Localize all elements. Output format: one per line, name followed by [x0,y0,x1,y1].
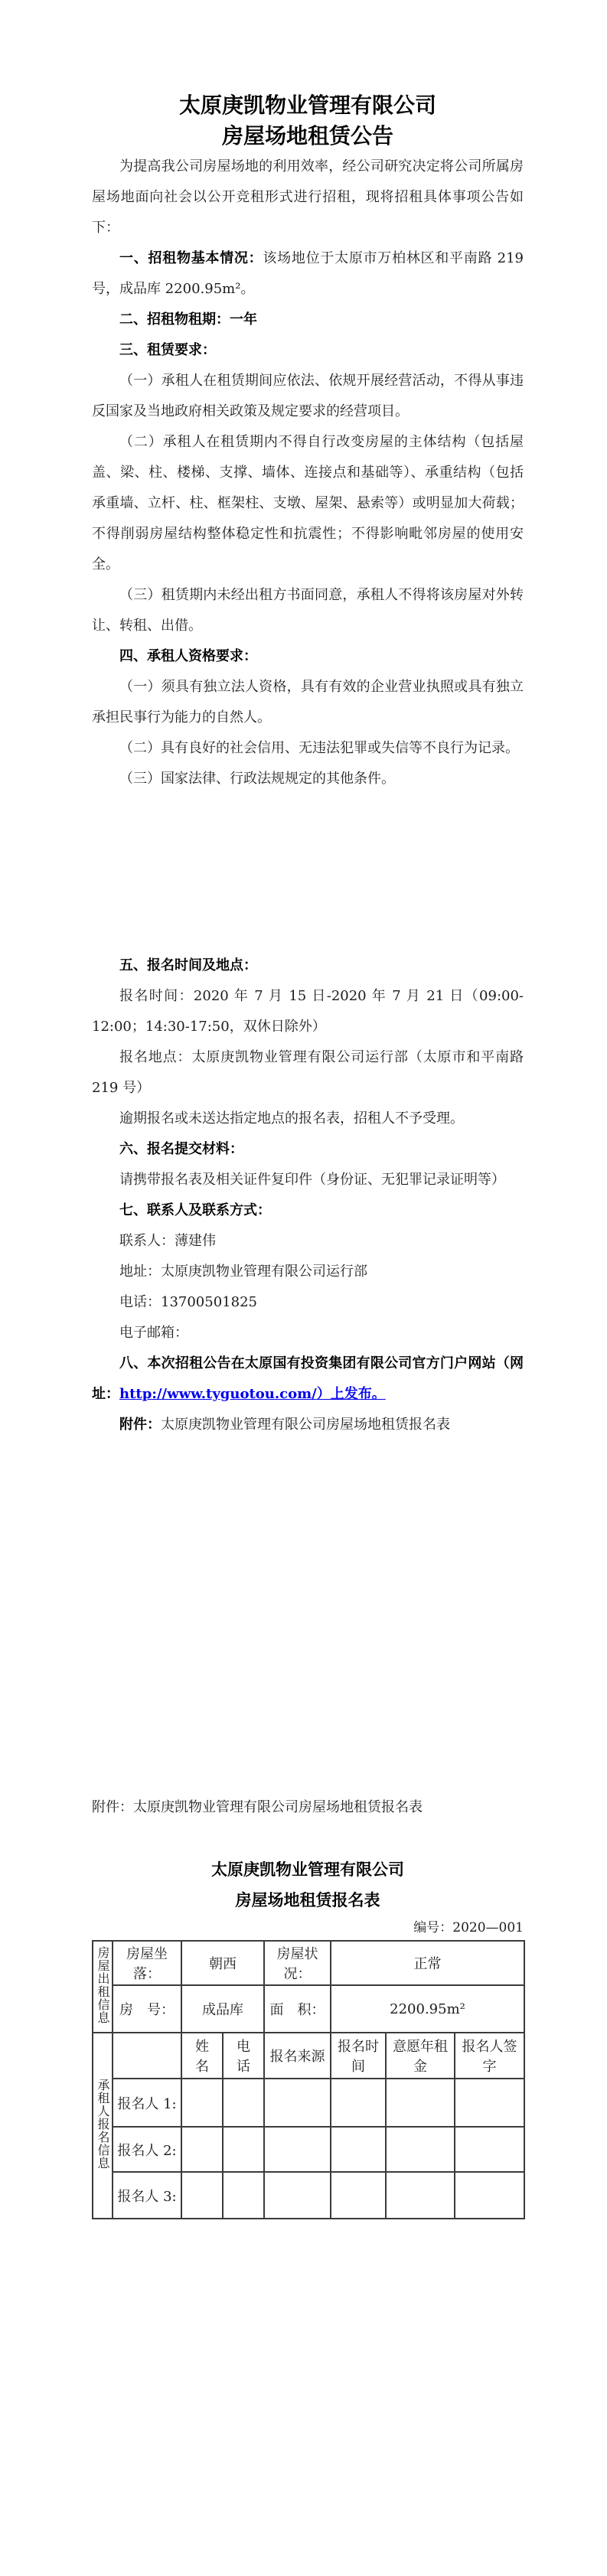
contact-address: 地址：太原庚凯物业管理有限公司运行部 [92,1257,524,1287]
section-3-item-1: （一）承租人在租赁期间应依法、依规开展经营活动，不得从事违反国家及当地政府相关政… [92,366,524,427]
section-6-item-1: 请携带报名表及相关证件复印件（身份证、无犯罪记录证明等） [92,1165,524,1195]
attachment-ref: 附件：太原庚凯物业管理有限公司房屋场地租赁报名表 [92,1792,524,1823]
intro-paragraph: 为提高我公司房屋场地的利用效率，经公司研究决定将公司所属房屋场地面向社会以公开竞… [92,152,524,243]
section-7-heading: 七、联系人及联系方式： [92,1195,524,1226]
table-row: 报名人 1: [93,2079,524,2127]
group-label-house-info: 房屋出租信息 [93,1941,113,2033]
form-title: 太原庚凯物业管理有限公司 房屋场地租赁报名表 [92,1854,524,1916]
section-5-heading: 五、报名时间及地点： [92,951,524,981]
cell-time-header: 报名时间 [331,2033,386,2079]
group-label-house-info-text: 房屋出租信息 [94,1946,111,2024]
section-1: 一、招租物基本情况：该场地位于太原市万柏林区和平南路 219 号，成品库 220… [92,243,524,305]
section-3-heading: 三、租赁要求： [92,335,524,366]
section-4-item-1: （一）须具有独立法人资格，具有有效的企业营业执照或具有独立承担民事行为能力的自然… [92,672,524,733]
attachment-text: 太原庚凯物业管理有限公司房屋场地租赁报名表 [161,1417,450,1433]
form-title-line1: 太原庚凯物业管理有限公司 [92,1854,524,1885]
page-break-gap-2 [92,1440,524,1792]
section-5-item-3: 逾期报名或未送达指定地点的报名表，招租人不予受理。 [92,1104,524,1134]
cell-empty [331,2172,386,2219]
cell-room-number-label: 房 号： [113,1985,181,2033]
page-title-line1: 太原庚凯物业管理有限公司 [92,90,524,121]
cell-signature-header: 报名人签字 [455,2033,524,2079]
section-3-item-2: （二）承租人在租赁期内不得自行改变房屋的主体结构（包括屋盖、梁、柱、楼梯、支撑、… [92,427,524,580]
cell-empty [223,2079,264,2127]
page-break-gap [92,794,524,951]
cell-rent-header: 意愿年租金 [386,2033,455,2079]
section-4-item-2: （二）具有良好的社会信用、无违法犯罪或失信等不良行为记录。 [92,733,524,764]
attachment-line: 附件：太原庚凯物业管理有限公司房屋场地租赁报名表 [92,1410,524,1440]
cell-name-header: 姓 名 [181,2033,223,2079]
form-number: 编号：2020—001 [92,1916,524,1940]
tyguotou-link[interactable]: http://www.tyguotou.com/ [119,1386,317,1402]
table-row: 报名人 2: [93,2127,524,2172]
section-4-item-3: （三）国家法律、行政法规规定的其他条件。 [92,764,524,794]
cell-applicant-3: 报名人 3: [113,2172,181,2219]
table-row: 房 号： 成品库 面 积： 2200.95m² [93,1985,524,2033]
table-header-row: 承租人报名信息 姓 名 电 话 报名来源 报名时间 意愿年租金 报名人签字 [93,2033,524,2079]
section-8: 八、本次招租公告在太原国有投资集团有限公司官方门户网站（网址：http://ww… [92,1348,524,1410]
cell-empty [264,2079,331,2127]
cell-house-condition-label: 房屋状况： [264,1941,331,1985]
cell-area-label: 面 积： [264,1985,331,2033]
cell-empty [331,2127,386,2172]
document: 太原庚凯物业管理有限公司 房屋场地租赁公告 为提高我公司房屋场地的利用效率，经公… [0,90,524,2219]
contact-person: 联系人：薄建伟 [92,1226,524,1257]
cell-empty [455,2079,524,2127]
cell-empty [181,2172,223,2219]
cell-empty [223,2127,264,2172]
cell-source-header: 报名来源 [264,2033,331,2079]
cell-empty [386,2127,455,2172]
cell-house-location-label: 房屋坐落： [113,1941,181,1985]
section-8-link-suffix: ）上发布。 [317,1386,386,1402]
cell-empty [455,2172,524,2219]
cell-empty [113,2033,181,2079]
section-1-heading: 一、招租物基本情况： [119,250,263,266]
cell-area-value: 2200.95m² [331,1985,524,2033]
cell-applicant-2: 报名人 2: [113,2127,181,2172]
table-row: 报名人 3: [93,2172,524,2219]
attachment-label: 附件： [119,1417,161,1433]
cell-empty [181,2127,223,2172]
application-form-table: 房屋出租信息 房屋坐落： 朝西 房屋状况： 正常 房 号： 成品库 面 积： 2… [92,1940,525,2219]
cell-room-number-value: 成品库 [181,1985,264,2033]
cell-empty [264,2127,331,2172]
cell-empty [331,2079,386,2127]
cell-house-condition-value: 正常 [331,1941,524,1985]
section-5-item-1: 报名时间：2020 年 7 月 15 日-2020 年 7 月 21 日（09:… [92,981,524,1042]
cell-empty [386,2079,455,2127]
cell-phone-header: 电 话 [223,2033,264,2079]
page-title-line2: 房屋场地租赁公告 [92,121,524,152]
form-title-line2: 房屋场地租赁报名表 [92,1885,524,1916]
table-row: 房屋出租信息 房屋坐落： 朝西 房屋状况： 正常 [93,1941,524,1985]
cell-empty [455,2127,524,2172]
cell-empty [181,2079,223,2127]
section-2-heading: 二、招租物租期：一年 [92,305,524,335]
cell-empty [223,2172,264,2219]
section-3-item-3: （三）租赁期内未经出租方书面同意，承租人不得将该房屋对外转让、转租、出借。 [92,580,524,641]
section-4-heading: 四、承租人资格要求： [92,641,524,672]
cell-empty [386,2172,455,2219]
contact-phone: 电话：13700501825 [92,1287,524,1318]
cell-empty [264,2172,331,2219]
page-title: 太原庚凯物业管理有限公司 房屋场地租赁公告 [92,90,524,152]
cell-applicant-1: 报名人 1: [113,2079,181,2127]
contact-email: 电子邮箱： [92,1318,524,1348]
section-6-heading: 六、报名提交材料： [92,1134,524,1165]
group-label-applicant-info-text: 承租人报名信息 [94,2079,111,2170]
group-label-applicant-info: 承租人报名信息 [93,2033,113,2219]
section-5-item-2: 报名地点：太原庚凯物业管理有限公司运行部（太原市和平南路 219 号） [92,1042,524,1104]
cell-house-location-value: 朝西 [181,1941,264,1985]
